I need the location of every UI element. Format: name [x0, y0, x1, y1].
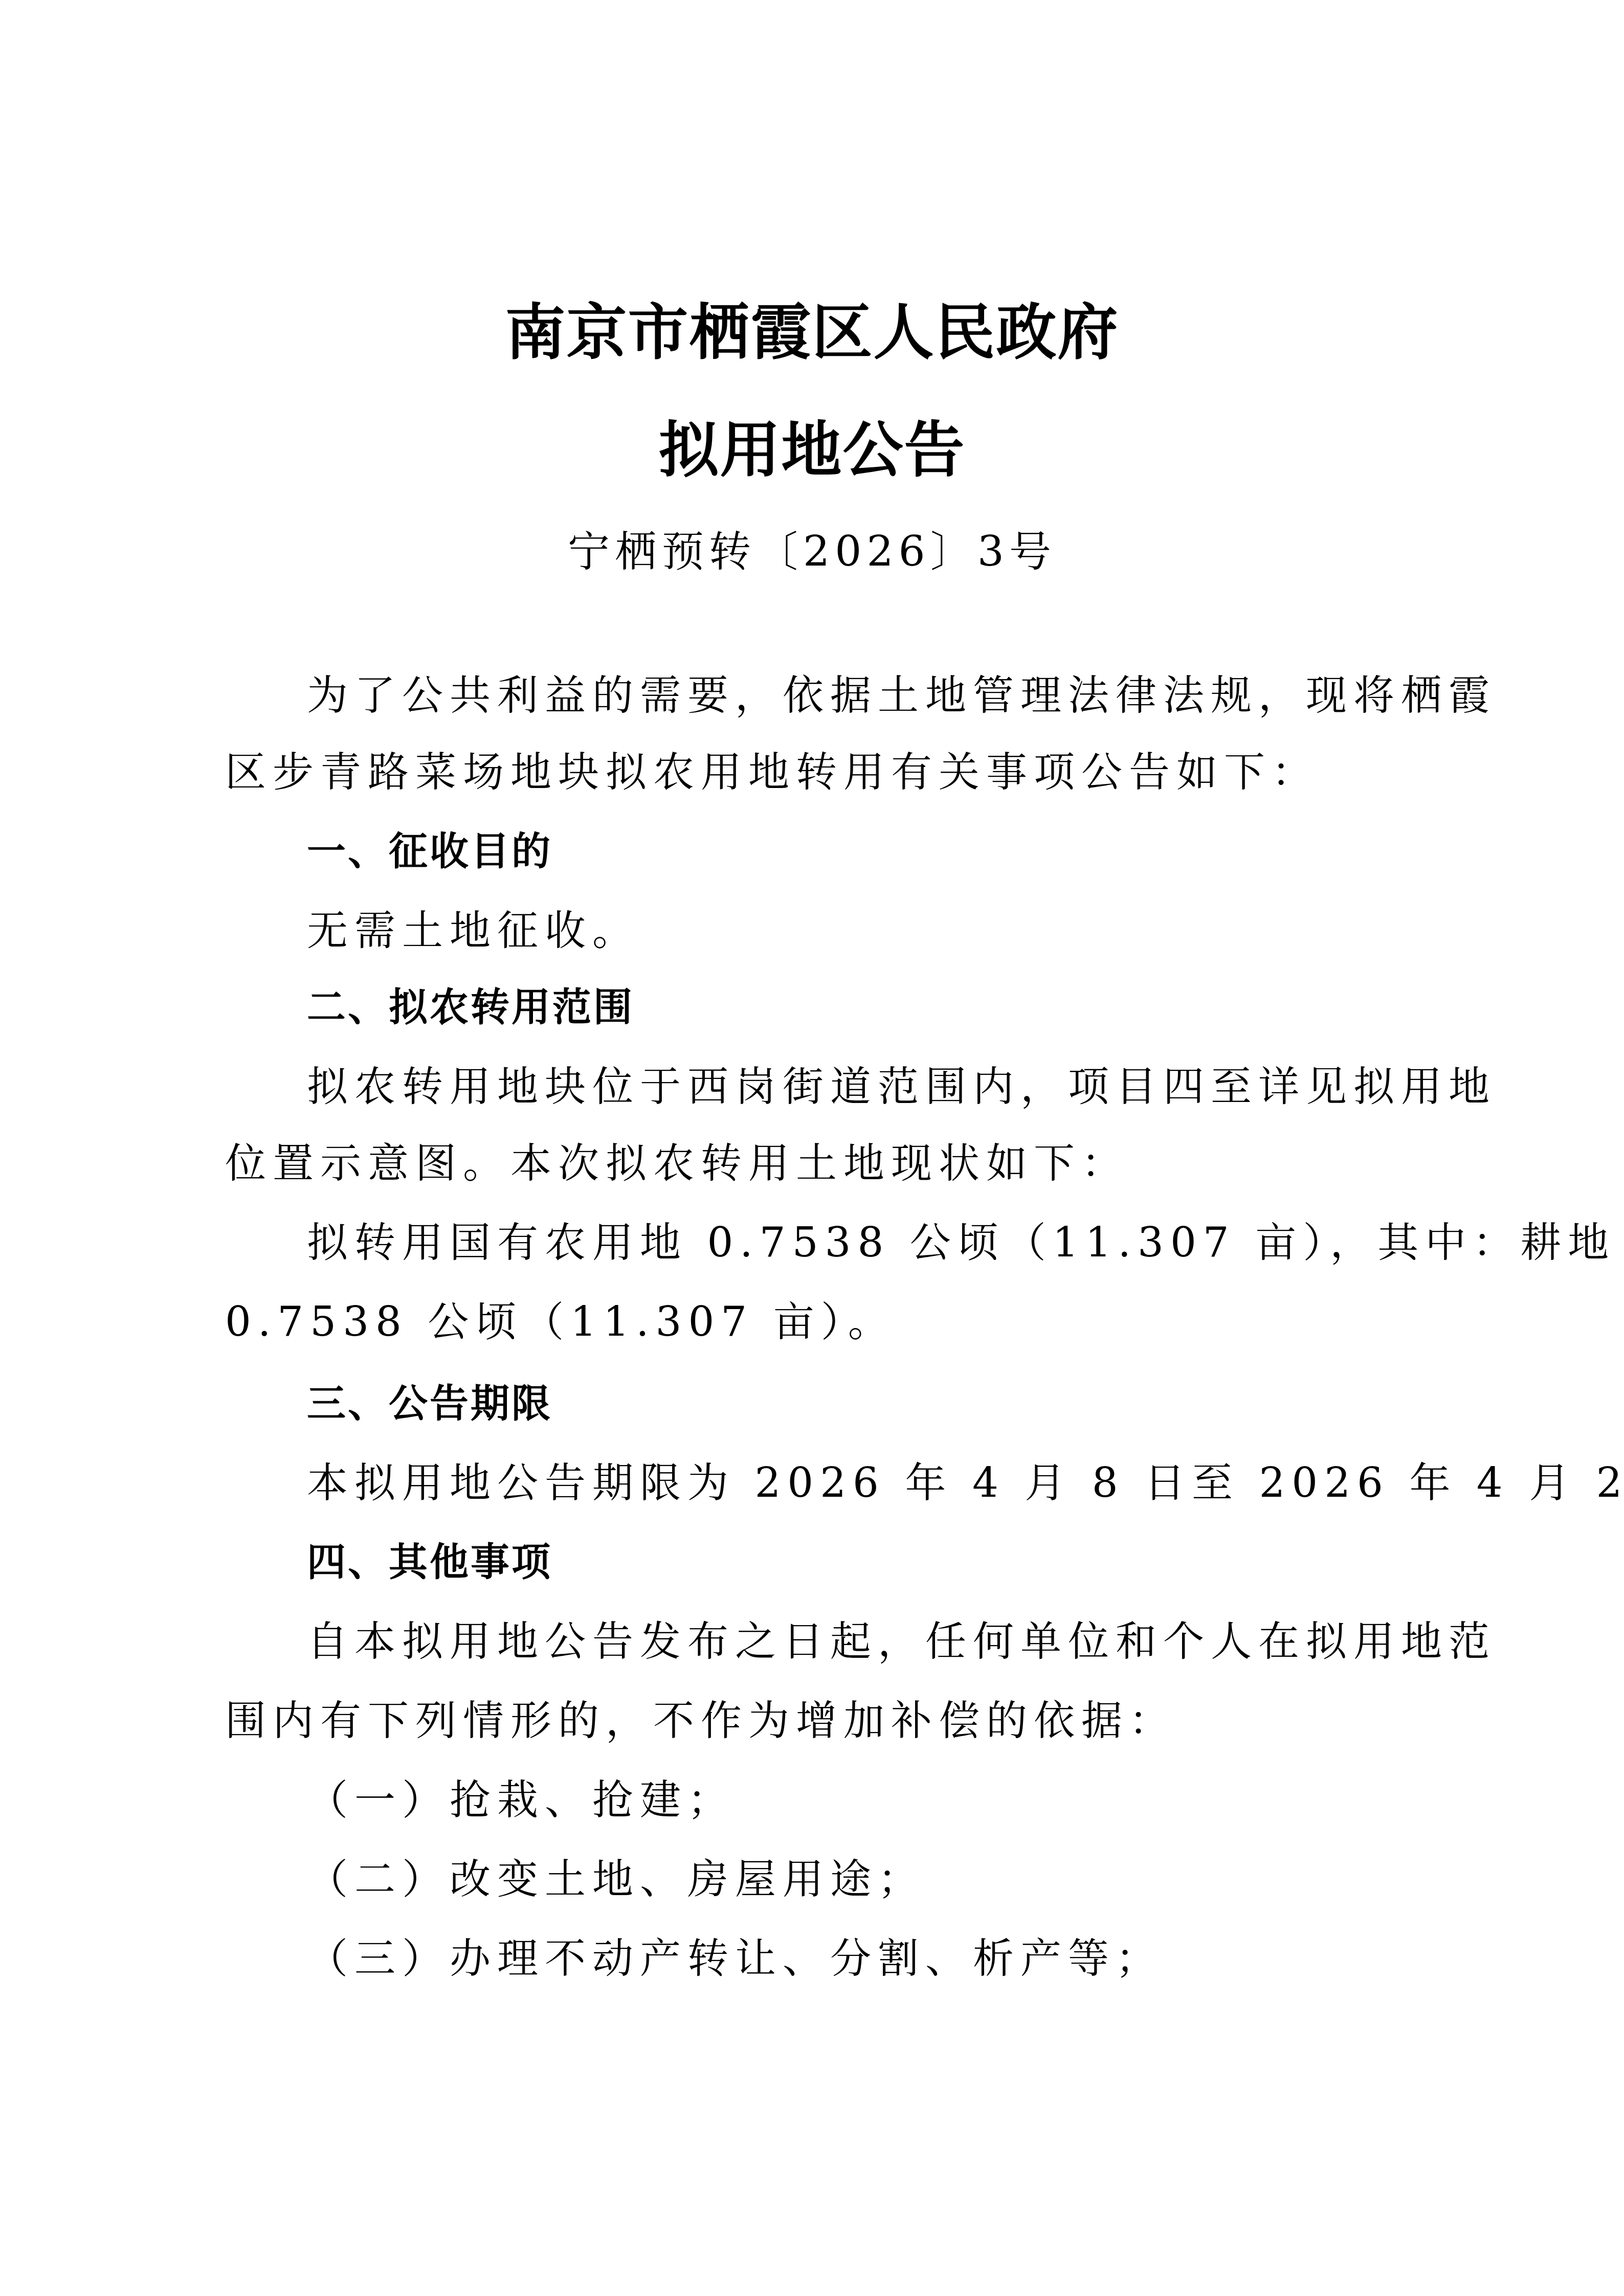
section-text: 拟农转用地块位于西岗街道范围内，项目四至详见拟用地 — [307, 1059, 1417, 1115]
section-text: 0.7538 公顷（11.307 亩）。 — [225, 1294, 1417, 1350]
section-text: 自本拟用地公告发布之日起，任何单位和个人在拟用地范 — [307, 1613, 1417, 1670]
list-item: （三）办理不动产转让、分割、析产等； — [307, 1930, 1417, 1987]
section-heading-period: 三、公告期限 — [307, 1376, 1417, 1432]
section-text: 位置示意图。本次拟农转用土地现状如下： — [225, 1135, 1417, 1191]
section-heading-purpose: 一、征收目的 — [307, 823, 1417, 880]
intro-paragraph-line: 区步青路菜场地块拟农用地转用有关事项公告如下： — [225, 744, 1417, 800]
list-item: （二）改变土地、房屋用途； — [307, 1851, 1417, 1907]
document-page: 南京市栖霞区人民政府 拟用地公告 宁栖预转〔2026〕3号 为了公共利益的需要，… — [0, 0, 1624, 2296]
list-item: （一）抢栽、抢建； — [307, 1772, 1417, 1828]
section-text: 无需土地征收。 — [307, 903, 1417, 959]
section-heading-other: 四、其他事项 — [307, 1534, 1417, 1590]
intro-paragraph-line: 为了公共利益的需要，依据土地管理法律法规，现将栖霞 — [307, 667, 1417, 724]
section-text: 围内有下列情形的，不作为增加补偿的依据： — [225, 1693, 1417, 1749]
document-number: 宁栖预转〔2026〕3号 — [0, 524, 1624, 580]
document-title: 拟用地公告 — [0, 414, 1624, 486]
document-title-issuer: 南京市栖霞区人民政府 — [0, 297, 1624, 368]
section-text: 拟转用国有农用地 0.7538 公顷（11.307 亩），其中：耕地 — [307, 1214, 1417, 1271]
section-text: 本拟用地公告期限为 2026 年 4 月 8 日至 2026 年 4 月 21 … — [307, 1455, 1417, 1511]
section-heading-scope: 二、拟农转用范围 — [307, 979, 1417, 1036]
